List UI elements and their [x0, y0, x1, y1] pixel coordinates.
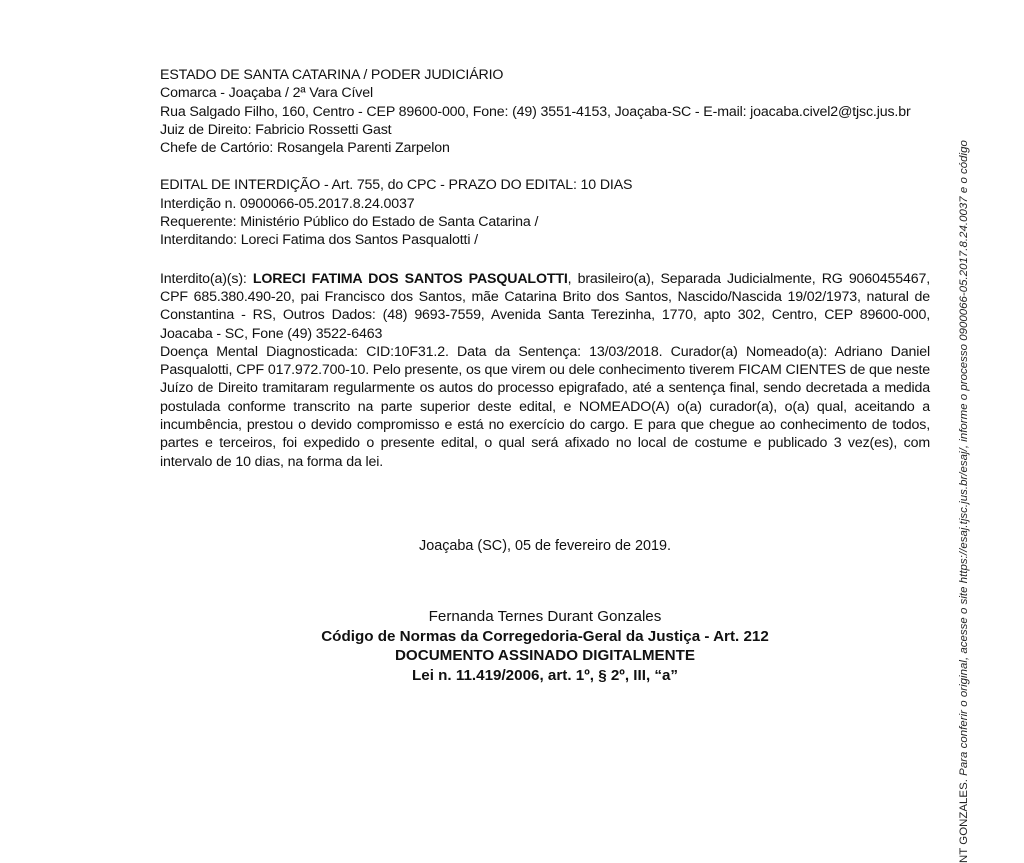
- interdict-paragraph: Interdito(a)(s): LORECI FATIMA DOS SANTO…: [160, 270, 930, 343]
- court-district-line: Comarca - Joaçaba / 2ª Vara Cível: [160, 84, 930, 102]
- digital-signature-notice: DOCUMENTO ASSINADO DIGITALMENTE: [160, 646, 930, 666]
- court-header: ESTADO DE SANTA CATARINA / PODER JUDICIÁ…: [160, 66, 930, 157]
- place-and-date: Joaçaba (SC), 05 de fevereiro de 2019.: [160, 538, 930, 554]
- interdict-label: Interdito(a)(s):: [160, 271, 253, 287]
- requester: Requerente: Ministério Público do Estado…: [160, 213, 930, 231]
- verification-side-note: NT GONZALES. Para conferir o original, a…: [958, 77, 970, 863]
- edital-header: EDITAL DE INTERDIÇÃO - Art. 755, do CPC …: [160, 176, 930, 249]
- side-note-verification: Para conferir o original, acesse o site …: [958, 140, 970, 779]
- document-page: ESTADO DE SANTA CATARINA / PODER JUDICIÁ…: [0, 0, 1024, 863]
- document-content: ESTADO DE SANTA CATARINA / PODER JUDICIÁ…: [160, 66, 930, 471]
- signer-name: Fernanda Ternes Durant Gonzales: [160, 607, 930, 627]
- court-address: Rua Salgado Filho, 160, Centro - CEP 896…: [160, 103, 930, 121]
- edital-title: EDITAL DE INTERDIÇÃO - Art. 755, do CPC …: [160, 176, 930, 194]
- signature-block: Fernanda Ternes Durant Gonzales Código d…: [160, 607, 930, 685]
- norm-reference: Código de Normas da Corregedoria-Geral d…: [160, 627, 930, 647]
- interdicting-party: Interditando: Loreci Fatima dos Santos P…: [160, 231, 930, 249]
- clerk-name: Chefe de Cartório: Rosangela Parenti Zar…: [160, 139, 930, 157]
- court-state-line: ESTADO DE SANTA CATARINA / PODER JUDICIÁ…: [160, 66, 930, 84]
- decision-paragraph: Doença Mental Diagnosticada: CID:10F31.2…: [160, 343, 930, 471]
- law-reference: Lei n. 11.419/2006, art. 1º, § 2º, III, …: [160, 666, 930, 686]
- judge-name: Juiz de Direito: Fabricio Rossetti Gast: [160, 121, 930, 139]
- side-note-signer: NT GONZALES.: [958, 779, 970, 863]
- case-number: Interdição n. 0900066-05.2017.8.24.0037: [160, 195, 930, 213]
- interdict-name: LORECI FATIMA DOS SANTOS PASQUALOTTI: [253, 271, 568, 287]
